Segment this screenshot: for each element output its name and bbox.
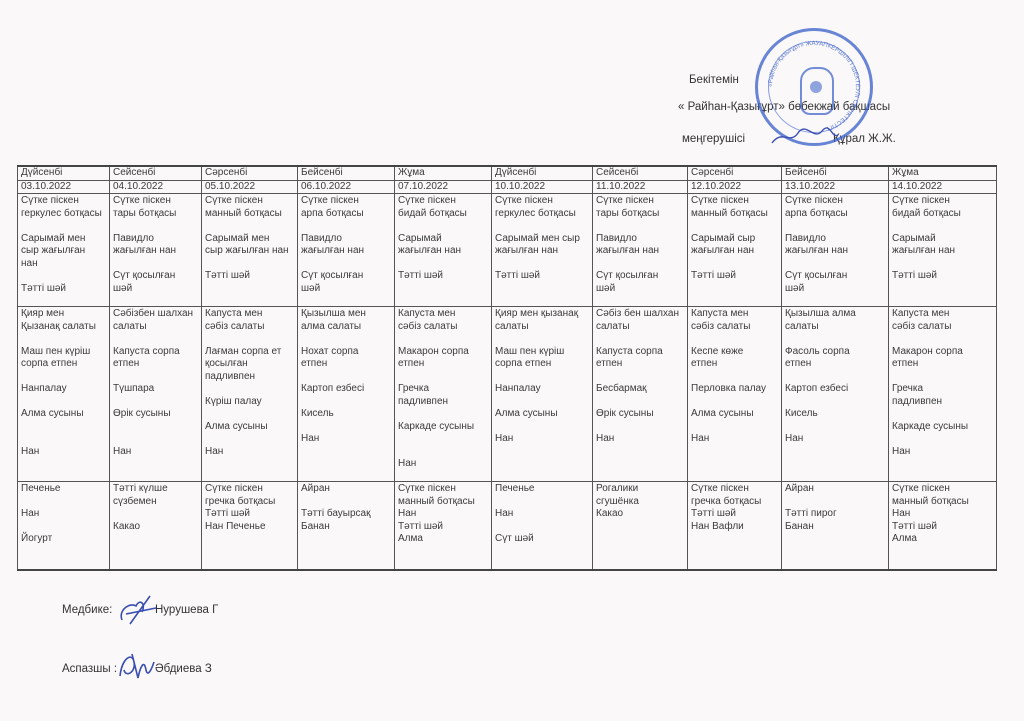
svg-text:«Райһан-Қазығұрт» ЖАУАПКЕРШІЛІ: «Райһан-Қазығұрт» ЖАУАПКЕРШІЛІГІ ШЕКТЕУЛ… bbox=[767, 40, 861, 132]
breakfast-cell: Сүтке піскен тары ботқасы Павидло жағылғ… bbox=[110, 194, 202, 307]
snack-cell: Сүтке піскен манный ботқасы Нан Тәтті шә… bbox=[889, 482, 997, 571]
lunch-cell: Капуста мен сәбіз салаты Кеспе көже етпе… bbox=[688, 307, 782, 482]
approval-head-name: Құрал Ж.Ж. bbox=[833, 133, 896, 145]
breakfast-cell: Сүтке піскен геркулес ботқасы Сарымай ме… bbox=[18, 194, 110, 307]
date-cell: 07.10.2022 bbox=[395, 180, 492, 194]
breakfast-row: Сүтке піскен геркулес ботқасы Сарымай ме… bbox=[18, 194, 997, 307]
lunch-cell: Капуста мен сәбіз салаты Лағман сорпа ет… bbox=[202, 307, 298, 482]
snack-cell: Айран Тәтті бауырсақ Банан bbox=[298, 482, 395, 571]
date-cell: 03.10.2022 bbox=[18, 180, 110, 194]
day-cell: Дүйсенбі bbox=[492, 166, 593, 180]
day-cell: Дүйсенбі bbox=[18, 166, 110, 180]
day-row-row: ДүйсенбіСейсенбіСәрсенбіБейсенбіЖұмаДүйс… bbox=[18, 166, 997, 180]
day-cell: Бейсенбі bbox=[782, 166, 889, 180]
day-cell: Сәрсенбі bbox=[202, 166, 298, 180]
breakfast-cell: Сүтке піскен тары ботқасы Павидло жағылғ… bbox=[593, 194, 688, 307]
cook-label: Аспазшы : bbox=[62, 663, 117, 675]
snack-cell: Печенье Нан Сүт шәй bbox=[492, 482, 593, 571]
approval-organization: « Райһан-Қазығұрт» бөбекжай бақшасы bbox=[678, 101, 890, 113]
nurse-signature-icon bbox=[116, 590, 158, 630]
breakfast-cell: Сүтке піскен арпа ботқасы Павидло жағылғ… bbox=[298, 194, 395, 307]
date-cell: 04.10.2022 bbox=[110, 180, 202, 194]
snack-cell: Айран Тәтті пирог Банан bbox=[782, 482, 889, 571]
breakfast-cell: Сүтке піскен манный ботқасы Сарымай мен … bbox=[202, 194, 298, 307]
snack-cell: Сүтке піскен манный ботқасы Нан Тәтті шә… bbox=[395, 482, 492, 571]
lunch-cell: Қызылша алма салаты Фасоль сорпа етпен К… bbox=[782, 307, 889, 482]
date-cell: 12.10.2022 bbox=[688, 180, 782, 194]
lunch-cell: Қияр мен Қызанақ салаты Маш пен күріш со… bbox=[18, 307, 110, 482]
head-signature-icon bbox=[770, 125, 840, 147]
breakfast-cell: Сүтке піскен бидай ботқасы Сарымай жағыл… bbox=[889, 194, 997, 307]
date-cell: 13.10.2022 bbox=[782, 180, 889, 194]
lunch-cell: Қияр мен қызанақ салаты Маш пен күріш со… bbox=[492, 307, 593, 482]
breakfast-cell: Сүтке піскен геркулес ботқасы Сарымай ме… bbox=[492, 194, 593, 307]
date-cell: 14.10.2022 bbox=[889, 180, 997, 194]
nurse-label: Медбике: bbox=[62, 604, 112, 616]
breakfast-cell: Сүтке піскен манный ботқасы Сарымай сыр … bbox=[688, 194, 782, 307]
breakfast-cell: Сүтке піскен бидай ботқасы Сарымай жағыл… bbox=[395, 194, 492, 307]
snack-cell: Печенье Нан Йогурт bbox=[18, 482, 110, 571]
cook-name: Әбдиева З bbox=[155, 663, 212, 675]
day-cell: Жұма bbox=[889, 166, 997, 180]
lunch-cell: Сәбізбен шалхан салаты Капуста сорпа етп… bbox=[110, 307, 202, 482]
date-cell: 10.10.2022 bbox=[492, 180, 593, 194]
date-cell: 05.10.2022 bbox=[202, 180, 298, 194]
date-cell: 11.10.2022 bbox=[593, 180, 688, 194]
snack-cell: Сүтке піскен гречка ботқасы Тәтті шәй На… bbox=[688, 482, 782, 571]
day-cell: Сейсенбі bbox=[110, 166, 202, 180]
menu-table: ДүйсенбіСейсенбіСәрсенбіБейсенбіЖұмаДүйс… bbox=[17, 165, 997, 571]
snack-cell: Тәтті күлше сүзбемен Какао bbox=[110, 482, 202, 571]
day-cell: Жұма bbox=[395, 166, 492, 180]
date-cell: 06.10.2022 bbox=[298, 180, 395, 194]
breakfast-cell: Сүтке піскен арпа ботқасы Павидло жағылғ… bbox=[782, 194, 889, 307]
nurse-name: Нурушева Г bbox=[155, 604, 218, 616]
snack-cell: Рогалики сгушёнка Какао bbox=[593, 482, 688, 571]
snack-cell: Сүтке піскен гречка ботқасы Тәтті шәй На… bbox=[202, 482, 298, 571]
day-cell: Сәрсенбі bbox=[688, 166, 782, 180]
lunch-row: Қияр мен Қызанақ салаты Маш пен күріш со… bbox=[18, 307, 997, 482]
lunch-cell: Капуста мен сәбіз салаты Макарон сорпа е… bbox=[395, 307, 492, 482]
lunch-cell: Сәбіз бен шалхан салаты Капуста сорпа ет… bbox=[593, 307, 688, 482]
approval-head-label: меңгерушісі bbox=[682, 133, 745, 145]
day-cell: Бейсенбі bbox=[298, 166, 395, 180]
date-row-row: 03.10.202204.10.202205.10.202206.10.2022… bbox=[18, 180, 997, 194]
snack-row: Печенье Нан Йогурт Тәтті күлше сүзбемен … bbox=[18, 482, 997, 571]
cook-signature-icon bbox=[116, 648, 156, 684]
lunch-cell: Капуста мен сәбіз салаты Макарон сорпа е… bbox=[889, 307, 997, 482]
lunch-cell: Қызылша мен алма салаты Нохат сорпа етпе… bbox=[298, 307, 395, 482]
approval-title: Бекітемін bbox=[689, 74, 739, 86]
day-cell: Сейсенбі bbox=[593, 166, 688, 180]
